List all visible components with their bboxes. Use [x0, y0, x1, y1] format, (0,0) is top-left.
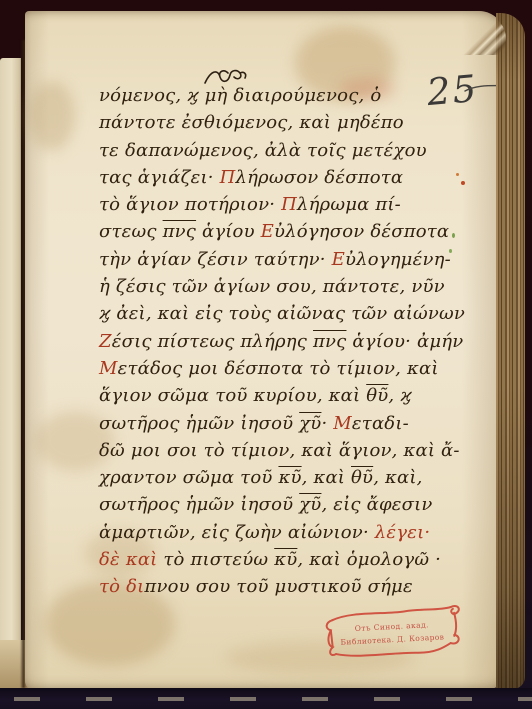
manuscript-text-line: τε δαπανώμενος, ἀλὰ τοῖς μετέχου	[99, 137, 455, 164]
manuscript-text-line: τας ἁγιάζει· Πλήρωσον δέσποτα	[99, 164, 455, 191]
manuscript-text-line: πάντοτε ἐσθιόμενος, καὶ μηδέπο	[99, 109, 455, 136]
red-ink-fleck	[461, 181, 465, 185]
stamp-text-line-1: Отъ Синод. акад.	[354, 620, 428, 633]
ink-text: τας ἁγιάζει·	[99, 167, 220, 188]
ink-text: , ϗ	[388, 385, 411, 406]
manuscript-text-line: νόμενος, ϗ μὴ διαιρούμενος, ὁ	[99, 82, 455, 109]
ink-text: έσις πίστεως πλήρης	[112, 331, 313, 352]
scribal-knot-flourish-icon	[203, 67, 249, 87]
ink-text: , καὶ,	[373, 467, 422, 488]
binding-cloth-band	[0, 688, 532, 709]
ink-text: πνς	[163, 221, 196, 242]
ink-text: πνς	[313, 331, 346, 352]
ink-text: ὐλόγησον δέσποτα	[274, 221, 449, 242]
orange-ink-fleck	[456, 173, 459, 176]
ink-text: ὐλογημένη-	[345, 249, 451, 270]
ink-text: σωτῆρος ἡμῶν ἰησοῦ	[99, 413, 299, 434]
rubricated-text: Μ	[99, 358, 118, 379]
rubricated-text: Μ	[333, 413, 352, 434]
rubricated-text: Ζ	[99, 331, 112, 352]
rubricated-text: Ε	[261, 221, 274, 242]
ink-text: ἁμαρτιῶν, εἰς ζωὴν αἰώνιον·	[99, 522, 375, 543]
book-fore-edge	[496, 13, 525, 689]
ink-text: τὸ ἅγιον ποτήριον·	[99, 194, 281, 215]
ink-text: , εἰς ἄφεσιν	[321, 494, 432, 515]
ink-text: λήρωσον δέσποτα	[235, 167, 403, 188]
manuscript-text-block: νόμενος, ϗ μὴ διαιρούμενος, ὁπάντοτε ἐσθ…	[99, 82, 455, 601]
ink-text: θῦ	[351, 467, 373, 488]
rubricated-text: λέγει·	[375, 522, 430, 543]
page-corner-leaf-edges	[452, 13, 506, 55]
ink-text: πνου σου τοῦ μυστικοῦ σήμε	[144, 576, 412, 597]
ink-text: , καὶ ὁμολογῶ ·	[297, 549, 441, 570]
ink-text: δῶ μοι σοι τὸ τίμιον, καὶ ἅγιον, καὶ ἄ-	[99, 440, 460, 461]
binding-stitches	[0, 697, 532, 701]
manuscript-text-line: δῶ μοι σοι τὸ τίμιον, καὶ ἅγιον, καὶ ἄ-	[99, 437, 455, 464]
ink-text: χῦ	[299, 413, 321, 434]
manuscript-text-line: χραντον σῶμα τοῦ κῦ, καὶ θῦ, καὶ,	[99, 464, 455, 491]
ink-text: ετάδος μοι δέσποτα τὸ τίμιον, καὶ	[118, 358, 439, 379]
ink-text: σωτῆρος ἡμῶν ἰησοῦ	[99, 494, 299, 515]
ink-text: νόμενος, ϗ μὴ διαιρούμενος, ὁ	[99, 85, 381, 106]
ink-text: τε δαπανώμενος, ἀλὰ τοῖς μετέχου	[99, 140, 427, 161]
ink-text: κῦ	[278, 467, 301, 488]
facing-page-edge	[0, 58, 21, 658]
photo-frame: νόμενος, ϗ μὴ διαιρούμενος, ὁπάντοτε ἐσθ…	[0, 0, 532, 709]
manuscript-text-line: στεως πνς ἁγίου Εὐλόγησον δέσποτα	[99, 218, 455, 245]
ink-text: τὴν ἁγίαν ζέσιν ταύτην·	[99, 249, 332, 270]
manuscript-text-line: ἁμαρτιῶν, εἰς ζωὴν αἰώνιον· λέγει·	[99, 519, 455, 546]
parchment-stain	[29, 81, 75, 151]
stamp-text-line-2: Библиотека. Д. Козаров	[340, 632, 444, 646]
ink-text: κῦ	[274, 549, 297, 570]
rubricated-text: Π	[220, 167, 236, 188]
ink-text: πάντοτε ἐσθιόμενος, καὶ μηδέπο	[99, 112, 404, 133]
ink-text: χῦ	[299, 494, 321, 515]
ink-text: στεως	[99, 221, 163, 242]
rubricated-text: δὲ καὶ	[99, 549, 157, 570]
manuscript-text-line: ἡ ζέσις τῶν ἁγίων σου, πάντοτε, νῦν	[99, 273, 455, 300]
rubricated-text: Ε	[332, 249, 345, 270]
ink-text: εταδι-	[352, 413, 409, 434]
ink-text: λήρωμα πί-	[297, 194, 401, 215]
ink-text: θῦ	[366, 385, 388, 406]
manuscript-text-line: ϗ ἀεὶ, καὶ εἰς τοὺς αἰῶνας τῶν αἰώνων	[99, 300, 455, 327]
manuscript-text-line: τὸ ἅγιον ποτήριον· Πλήρωμα πί-	[99, 191, 455, 218]
manuscript-text-line: τὸ διπνου σου τοῦ μυστικοῦ σήμε	[99, 573, 455, 600]
ink-text: ἁγίου· ἀμήν	[346, 331, 463, 352]
ink-text: τὸ πιστεύω	[157, 549, 274, 570]
manuscript-text-line: τὴν ἁγίαν ζέσιν ταύτην· Εὐλογημένη-	[99, 246, 455, 273]
manuscript-text-line: σωτῆρος ἡμῶν ἰησοῦ χῦ· Μεταδι-	[99, 410, 455, 437]
ink-text: ·	[321, 413, 333, 434]
rubricated-text: τὸ δι	[99, 576, 144, 597]
manuscript-text-line: Ζέσις πίστεως πλήρης πνς ἁγίου· ἀμήν	[99, 328, 455, 355]
ink-text: χραντον σῶμα τοῦ	[99, 467, 278, 488]
manuscript-text-line: δὲ καὶ τὸ πιστεύω κῦ, καὶ ὁμολογῶ ·	[99, 546, 455, 573]
ink-text: ἅγιον σῶμα τοῦ κυρίου, καὶ	[99, 385, 366, 406]
ink-text: , καὶ	[302, 467, 351, 488]
ink-text: ϗ ἀεὶ, καὶ εἰς τοὺς αἰῶνας τῶν αἰώνων	[99, 303, 465, 324]
manuscript-text-line: Μετάδος μοι δέσποτα τὸ τίμιον, καὶ	[99, 355, 455, 382]
library-stamp: Отъ Синод. акад. Библиотека. Д. Козаров	[320, 599, 469, 665]
rubricated-text: Π	[281, 194, 297, 215]
ink-text: ἡ ζέσις τῶν ἁγίων σου, πάντοτε, νῦν	[99, 276, 445, 297]
manuscript-text-line: ἅγιον σῶμα τοῦ κυρίου, καὶ θῦ, ϗ	[99, 382, 455, 409]
manuscript-text-line: σωτῆρος ἡμῶν ἰησοῦ χῦ, εἰς ἄφεσιν	[99, 491, 455, 518]
manuscript-page: νόμενος, ϗ μὴ διαιρούμενος, ὁπάντοτε ἐσθ…	[25, 11, 505, 689]
ink-text: ἁγίου	[196, 221, 261, 242]
